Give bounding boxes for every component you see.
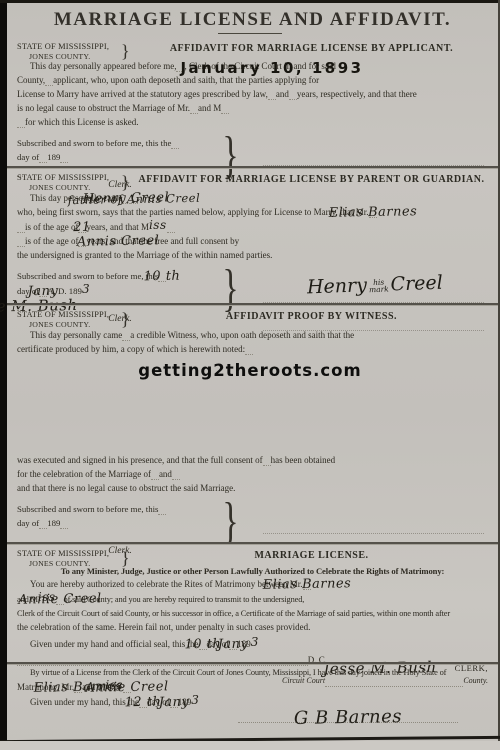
handwritten-groom-name: Elias Barnes — [328, 206, 417, 220]
section-divider — [7, 303, 498, 306]
jurat-year: 189 — [47, 518, 60, 529]
mark-label: mark — [369, 286, 389, 294]
handwritten-day: 10 th — [184, 639, 221, 652]
ruled-line — [263, 533, 484, 534]
blank-line — [17, 117, 25, 128]
page-margin-bottom — [0, 741, 500, 750]
applicant-text-1: This day personally appeared before me, — [30, 61, 176, 72]
blank-line: Elias Barnes — [74, 682, 82, 693]
license-text-5: the celebration of the same. Herein fail… — [17, 622, 310, 633]
section-witness-continued: was executed and signed in his presence,… — [17, 455, 488, 556]
state-county-block: STATE OF MISSISSIPPI, JONES COUNTY. — [17, 173, 109, 192]
section-ministers-return: By virtue of a License from the Clerk of… — [17, 667, 488, 723]
signature-first-name: Henry — [307, 274, 368, 298]
handwritten-groom-age: 21 — [74, 222, 92, 234]
handwritten-day: 12 th — [124, 697, 161, 710]
applicant-text-and: and — [276, 89, 289, 100]
county-label: JONES COUNTY. — [17, 320, 109, 330]
blank-line: Elias Barnes — [369, 207, 377, 218]
blank-line — [122, 330, 130, 341]
blank-line — [60, 518, 68, 529]
parent-age-label-2: is of the age of — [25, 236, 78, 247]
witness-text-6: for the celebration of the Marriage of — [17, 469, 151, 480]
blank-line — [245, 344, 253, 355]
blank-line: 12 th — [139, 697, 147, 708]
brace-glyph: } — [222, 264, 238, 314]
title-ornament — [218, 33, 282, 34]
blank-line — [268, 89, 276, 100]
handwritten-year: 3 — [191, 695, 199, 706]
blank-line — [263, 455, 271, 466]
parent-age-label: is of the age of — [25, 222, 78, 233]
state-county-block: STATE OF MISSISSIPPI, JONES COUNTY. — [17, 549, 109, 568]
jurat-day-of: day of — [17, 518, 39, 529]
blank-line: Jany — [170, 697, 178, 708]
handwritten-month: Jany — [218, 639, 249, 652]
handwritten-year: 3 — [251, 637, 259, 648]
witness-text-1: This day personally came — [30, 330, 122, 341]
witness-text-3: certificate produced by him, a copy of w… — [17, 344, 245, 355]
blank-line — [151, 469, 159, 480]
return-text-1: By virtue of a License from the Clerk of… — [30, 667, 446, 678]
applicant-text-3: County, — [17, 75, 45, 86]
jurat-text: Subscribed and sworn to before me, this — [17, 271, 158, 282]
state-label: STATE OF MISSISSIPPI, — [17, 42, 109, 52]
spacer — [138, 118, 146, 128]
blank-line: Jany — [39, 286, 47, 297]
blank-line — [60, 152, 68, 163]
witness-text-4: was executed and signed in his presence,… — [17, 455, 263, 466]
blank-line — [39, 518, 47, 529]
blank-line: Elias Barnes — [303, 579, 311, 590]
blank-line — [78, 236, 86, 247]
blank-line — [289, 89, 297, 100]
handwritten-officiant-signature: G B Barnes — [294, 711, 402, 725]
parent-text-3: years, and that M — [86, 222, 148, 233]
applicant-text-8: and M — [198, 103, 221, 114]
applicant-text-6: years, respectively, and that there — [297, 89, 417, 100]
handwritten-iss: iss — [149, 220, 167, 231]
blank-line — [158, 504, 166, 515]
blank-line — [39, 152, 47, 163]
blank-line — [17, 222, 25, 233]
section-divider — [7, 662, 498, 665]
handwritten-bride-name: Annis Creel — [77, 235, 160, 248]
blank-line: Annie Creel — [56, 594, 64, 605]
county-label: JONES COUNTY. — [17, 559, 109, 569]
handwritten-day: 10 th — [144, 271, 181, 284]
handwritten-month: Jany — [158, 697, 189, 710]
state-label: STATE OF MISSISSIPPI, — [17, 549, 109, 559]
license-given-text: Given under my hand and official seal, t… — [30, 639, 199, 650]
witness-text-7: and that there is no legal cause to obst… — [17, 483, 235, 494]
section-affidavit-parent: STATE OF MISSISSIPPI, JONES COUNTY. } AF… — [17, 172, 488, 324]
jurat-text: Subscribed and sworn to before me, this — [17, 504, 158, 515]
section-divider — [7, 542, 498, 545]
blank-line — [221, 103, 229, 114]
blank-line: 10 th — [158, 271, 166, 282]
spacer — [259, 640, 267, 650]
blank-line: father of Annis Creel — [130, 193, 138, 204]
blank-line: Jany — [229, 639, 237, 650]
license-text-4: Clerk of the Circuit Court of said Count… — [17, 608, 450, 619]
witness-text-2: a credible Witness, who, upon oath depos… — [130, 330, 354, 341]
blank-line: 10 th — [199, 639, 207, 650]
return-given-text: Given under my hand, this the — [30, 697, 139, 708]
jurat-day-of: day of — [17, 152, 39, 163]
brace-glyph: } — [222, 497, 238, 547]
handwritten-groom-name: Elias Barnes — [262, 578, 351, 592]
handwritten-parent-mark-signature: HenryhismarkCreel — [307, 272, 443, 299]
handwritten-bride-name: Annie Creel — [18, 593, 102, 606]
brace-glyph: } — [121, 172, 130, 192]
state-label: STATE OF MISSISSIPPI, — [17, 310, 109, 320]
applicant-text-9: for which this License is asked. — [25, 117, 138, 128]
signature-last-name: Creel — [390, 272, 443, 296]
blank-line: 21 — [78, 222, 86, 233]
state-county-block: STATE OF MISSISSIPPI, JONES COUNTY. — [17, 310, 109, 329]
brace-glyph: } — [121, 41, 130, 61]
blank-line — [45, 75, 53, 86]
section-affidavit-witness: STATE OF MISSISSIPPI, JONES COUNTY. } AF… — [17, 309, 488, 355]
scanned-marriage-document: MARRIAGE LICENSE AND AFFIDAVIT. STATE OF… — [0, 0, 500, 750]
handwritten-relationship: father of Annis Creel — [68, 192, 201, 206]
blank-line — [167, 222, 175, 233]
brace-glyph: } — [121, 548, 130, 568]
blank-line: Annie Creel — [123, 682, 131, 693]
blank-line — [190, 103, 198, 114]
applicant-text-7: is no legal cause to obstruct the Marria… — [17, 103, 190, 114]
applicant-text-5: License to Marry have arrived at the sta… — [17, 89, 268, 100]
witness-text-5: has been obtained — [271, 455, 335, 466]
section-divider — [7, 166, 498, 169]
parent-text-2: who, being first sworn, says that the pa… — [17, 207, 369, 218]
state-county-block: STATE OF MISSISSIPPI, JONES COUNTY. — [17, 42, 109, 61]
document-title: MARRIAGE LICENSE AND AFFIDAVIT. — [7, 9, 498, 31]
blank-line: Annis Creel — [17, 236, 25, 247]
county-label: JONES COUNTY. — [17, 52, 109, 62]
blank-line — [172, 469, 180, 480]
officiant-signature-line: G B Barnes — [238, 712, 458, 723]
jurat-year: 189 — [47, 152, 60, 163]
watermark-text: getting2theroots.com — [0, 361, 500, 380]
handwritten-year: 3 — [82, 284, 90, 295]
spacer — [199, 698, 207, 708]
state-label: STATE OF MISSISSIPPI, — [17, 173, 109, 183]
page-border-top — [0, 0, 500, 3]
blank-line — [171, 138, 179, 149]
brace-glyph: } — [121, 309, 130, 329]
date-stamp: January 10, 1893 — [180, 62, 363, 74]
handwritten-bride-name: Annie Creel — [85, 681, 169, 694]
blank-line: January 10, 1893 — [176, 61, 184, 72]
jurat-text: Subscribed and sworn to before me, this … — [17, 138, 171, 149]
witness-text-and: and — [159, 469, 172, 480]
